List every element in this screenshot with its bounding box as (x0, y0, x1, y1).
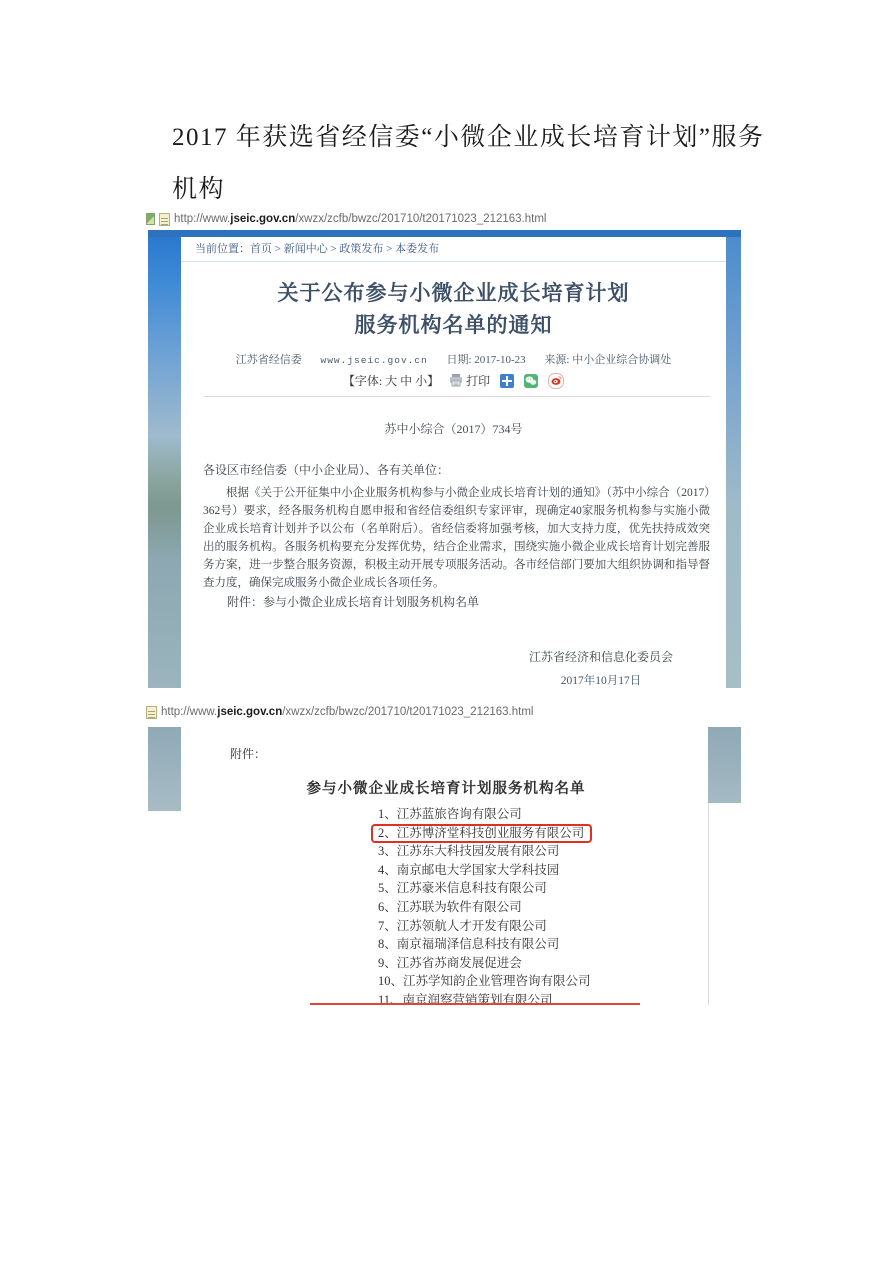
notice-content-panel: 当前位置：首页 > 新闻中心 > 政策发布 > 本委发布 关于公布参与小微企业成… (181, 237, 726, 688)
attachment-page-screenshot: 附件： 参与小微企业成长培育计划服务机构名单 1、江苏蓝旅咨询有限公司2、江苏博… (148, 727, 741, 1010)
background-image-right (708, 727, 741, 803)
site-header-bar (148, 230, 741, 237)
wechat-icon (525, 376, 537, 386)
attachment-reference: 附件：参与小微企业成长培育计划服务机构名单 (227, 593, 479, 610)
background-image-left (148, 237, 181, 688)
notice-body: 根据《关于公开征集中小企业服务机构参与小微企业成长培育计划的通知》（苏中小综合（… (203, 484, 710, 592)
org-list-item: 6、江苏联为软件有限公司 (378, 898, 592, 917)
publish-date: 日期: 2017-10-23 (447, 354, 526, 366)
notice-title-line2: 服务机构名单的通知 (191, 309, 716, 339)
source-site: www.jseic.gov.cn (321, 355, 428, 366)
document-number: 苏中小综合（2017）734号 (181, 420, 726, 437)
font-size-controls[interactable]: 【字体: 大 中 小】 (343, 372, 439, 389)
org-list-item: 7、江苏领航人才开发有限公司 (378, 917, 592, 936)
page-title-line1: 2017 年获选省经信委“小微企业成长培育计划”服务 (172, 112, 772, 164)
page-title-line2: 机构 (172, 164, 772, 216)
attachment-list-title: 参与小微企业成长培育计划服务机构名单 (246, 777, 646, 798)
page-title: 2017 年获选省经信委“小微企业成长培育计划”服务 机构 (172, 112, 772, 216)
breadcrumb[interactable]: 当前位置：首页 > 新闻中心 > 政策发布 > 本委发布 (181, 237, 726, 262)
background-image-right (726, 237, 741, 688)
share-more-button[interactable] (500, 374, 514, 388)
document-favicon-icon (146, 706, 157, 719)
page-url[interactable]: http://www.jseic.gov.cn/xwzx/zcfb/bwzc/2… (174, 213, 546, 225)
org-list-item: 10、江苏学知韵企业管理咨询有限公司 (378, 972, 592, 991)
url-bar-1: http://www.jseic.gov.cn/xwzx/zcfb/bwzc/2… (146, 211, 546, 227)
attachment-label: 附件： (230, 745, 266, 762)
signatory: 江苏省经济和信息化委员会 (481, 648, 721, 665)
section-divider (203, 396, 710, 397)
org-list-item: 1、江苏蓝旅咨询有限公司 (378, 805, 592, 824)
weibo-share-button[interactable] (548, 373, 564, 389)
print-label: 打印 (466, 372, 490, 389)
signature-date: 2017年10月17日 (481, 672, 721, 688)
print-button[interactable]: 打印 (449, 372, 490, 389)
notice-page-screenshot: 当前位置：首页 > 新闻中心 > 政策发布 > 本委发布 关于公布参与小微企业成… (148, 230, 741, 688)
wechat-share-button[interactable] (524, 374, 538, 388)
plus-icon (502, 376, 512, 386)
org-list-item: 5、江苏豪米信息科技有限公司 (378, 879, 592, 898)
document-favicon-icon (159, 213, 170, 226)
source-org: 江苏省经信委 (236, 354, 302, 366)
red-highlight-line (310, 1003, 640, 1005)
page-url[interactable]: http://www.jseic.gov.cn/xwzx/zcfb/bwzc/2… (161, 706, 533, 718)
printer-icon (449, 374, 463, 387)
org-list-item: 8、南京福瑞泽信息科技有限公司 (378, 935, 592, 954)
notice-title-line1: 关于公布参与小微企业成长培育计划 (191, 277, 716, 307)
source-department: 来源: 中小企业综合协调处 (544, 354, 671, 366)
org-list-item-highlighted: 2、江苏博济堂科技创业服务有限公司 (378, 824, 592, 843)
notice-meta: 江苏省经信委 www.jseic.gov.cn 日期: 2017-10-23 来… (181, 351, 726, 367)
service-org-list: 1、江苏蓝旅咨询有限公司2、江苏博济堂科技创业服务有限公司3、江苏东大科技园发展… (378, 805, 592, 1010)
org-list-item: 9、江苏省苏商发展促进会 (378, 954, 592, 973)
org-list-item: 3、江苏东大科技园发展有限公司 (378, 842, 592, 861)
background-image-left (148, 727, 181, 811)
salutation: 各设区市经信委（中小企业局）、各有关单位： (203, 461, 710, 478)
weibo-icon (551, 375, 562, 386)
url-bar-2: http://www.jseic.gov.cn/xwzx/zcfb/bwzc/2… (146, 704, 533, 720)
panel-border (708, 803, 709, 1005)
org-list-item: 4、南京邮电大学国家大学科技园 (378, 861, 592, 880)
signature-block: 江苏省经济和信息化委员会 2017年10月17日 (481, 648, 721, 688)
browser-icon (146, 213, 155, 225)
org-list-item: 11、南京润察营销策划有限公司 (378, 991, 592, 1010)
notice-toolbar: 【字体: 大 中 小】 打印 (181, 372, 726, 389)
